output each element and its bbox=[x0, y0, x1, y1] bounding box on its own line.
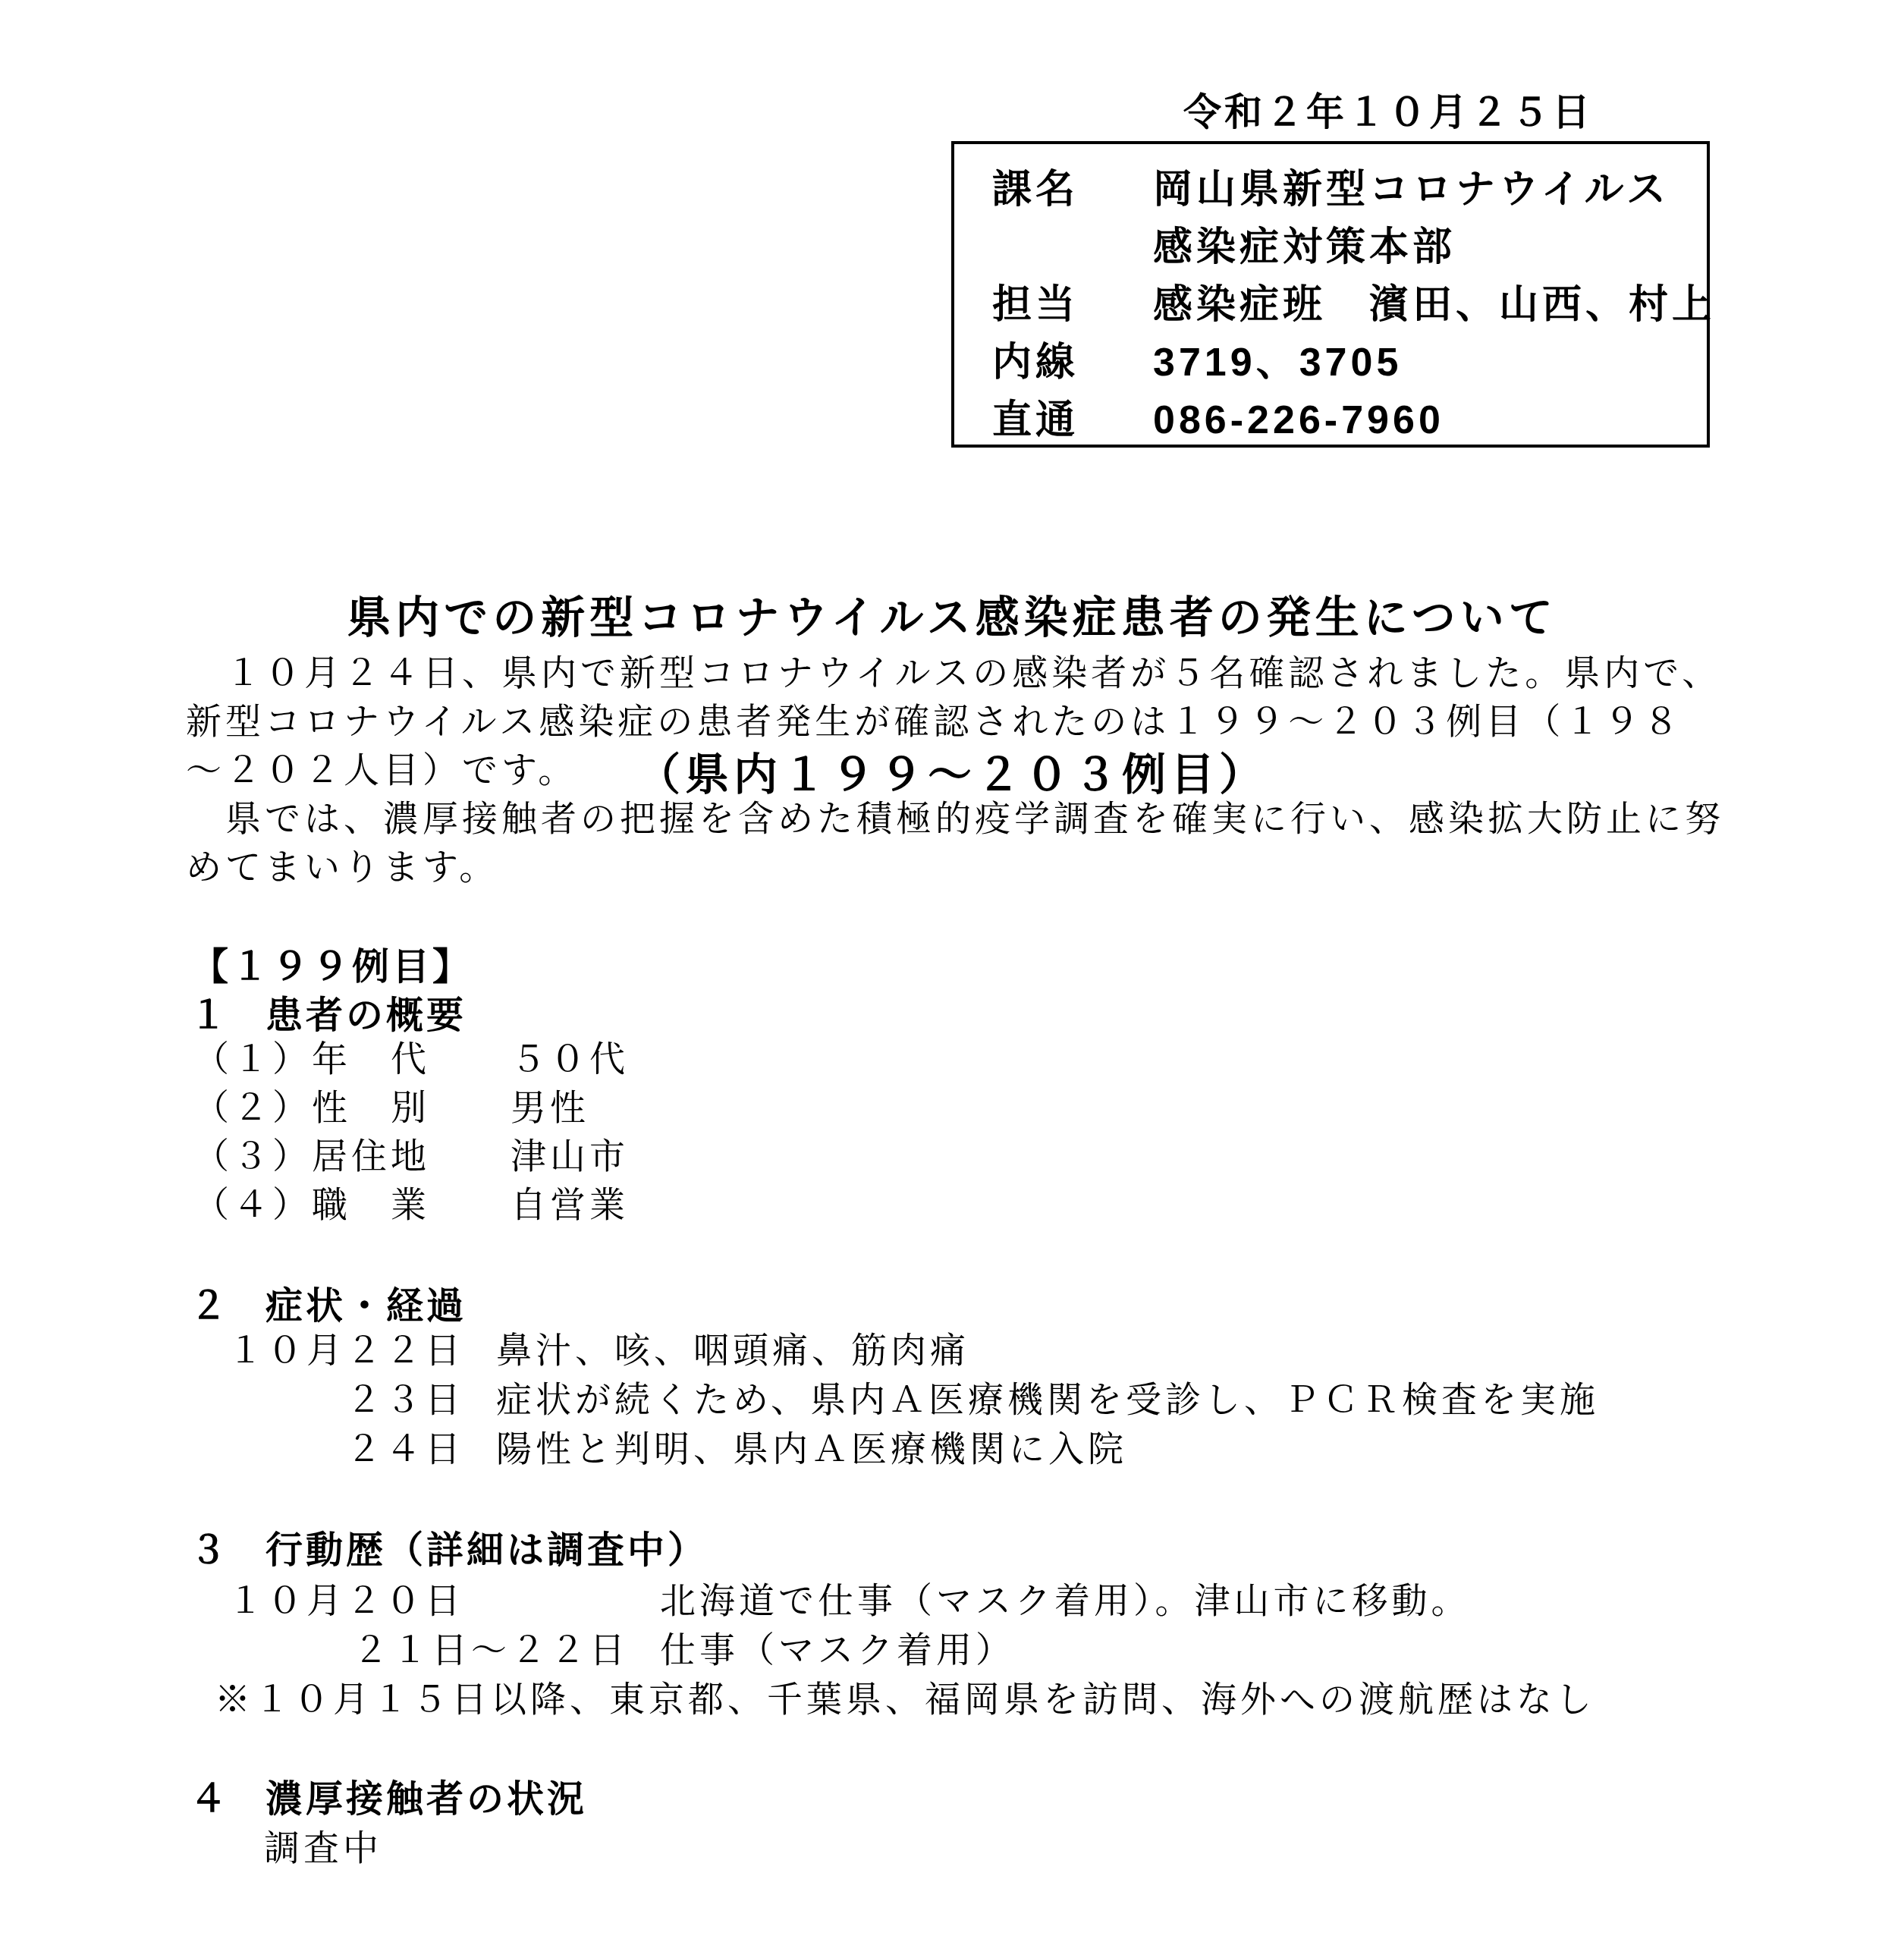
contact-row-division-cont: 感染症対策本部 bbox=[954, 218, 1707, 276]
activity-timeline: １０月２０日 北海道で仕事（マスク着用）。津山市に移動。 ２１日～２２日 仕事（… bbox=[228, 1577, 1471, 1676]
intro-line: １０月２４日、県内で新型コロナウイルスの感染者が５名確認されました。県内で、 bbox=[186, 649, 1724, 698]
contact-row-staff: 担当 感染症班 濱田、山西、村上 bbox=[954, 276, 1707, 334]
patient-item-occupation: （４） 職 業 自営業 bbox=[193, 1181, 629, 1230]
patient-item-age: （１） 年 代 ５０代 bbox=[193, 1035, 629, 1084]
release-date: 令和２年１０月２５日 bbox=[1062, 90, 1593, 135]
item-value: 自営業 bbox=[511, 1181, 629, 1230]
intro-line: めてまいります。 bbox=[186, 844, 1724, 892]
timeline-date: １０月２２日 bbox=[228, 1327, 464, 1376]
section-3-heading: ３ 行動歴（詳細は調査中） bbox=[190, 1526, 708, 1575]
section-number: ４ bbox=[190, 1775, 265, 1824]
contact-value: 086-226-7960 bbox=[1153, 391, 1707, 449]
close-contacts-status: 調査中 bbox=[264, 1824, 382, 1873]
item-value: 津山市 bbox=[511, 1133, 629, 1181]
timeline-text: 仕事（マスク着用） bbox=[660, 1626, 1015, 1676]
item-number: （４） bbox=[193, 1181, 312, 1230]
item-label: 年 代 bbox=[312, 1035, 511, 1084]
investigation-note: ※１０月１５日以降、東京都、千葉県、福岡県を訪問、海外への渡航歴はなし bbox=[215, 1676, 1595, 1724]
timeline-row: ２４日 陽性と判明、県内Ａ医療機関に入院 bbox=[228, 1425, 1599, 1475]
item-label: 居住地 bbox=[312, 1133, 511, 1181]
section-title: 患者の概要 bbox=[265, 991, 467, 1040]
item-label: 性 別 bbox=[312, 1084, 511, 1133]
section-number: ２ bbox=[190, 1282, 265, 1331]
section-title: 症状・経過 bbox=[265, 1282, 467, 1331]
symptom-timeline: １０月２２日 鼻汁、咳、咽頭痛、筋肉痛 ２３日 症状が続くため、県内Ａ医療機関を… bbox=[228, 1327, 1599, 1475]
intro-line: ～２０２人目）です。 bbox=[186, 746, 1724, 795]
section-4-heading: ４ 濃厚接触者の状況 bbox=[190, 1775, 587, 1824]
intro-line: 新型コロナウイルス感染症の患者発生が確認されたのは１９９～２０３例目（１９８ bbox=[186, 698, 1724, 746]
press-release-page: 令和２年１０月２５日 課名 岡山県新型コロナウイルス 感染症対策本部 担当 感染… bbox=[0, 0, 1904, 1942]
timeline-date: ２３日 bbox=[228, 1376, 464, 1425]
contact-row-division: 課名 岡山県新型コロナウイルス bbox=[954, 161, 1707, 218]
patient-item-sex: （２） 性 別 男性 bbox=[193, 1084, 629, 1133]
patient-overview-list: （１） 年 代 ５０代 （２） 性 別 男性 （３） 居住地 津山市 （４） 職… bbox=[193, 1035, 629, 1230]
contact-row-direct-phone: 直通 086-226-7960 bbox=[954, 391, 1707, 449]
timeline-date: １０月２０日 bbox=[228, 1577, 660, 1626]
intro-paragraphs: １０月２４日、県内で新型コロナウイルスの感染者が５名確認されました。県内で、 新… bbox=[186, 649, 1724, 892]
contact-row-extension: 内線 3719、3705 bbox=[954, 334, 1707, 391]
patient-item-residence: （３） 居住地 津山市 bbox=[193, 1133, 629, 1181]
contact-info-box: 課名 岡山県新型コロナウイルス 感染症対策本部 担当 感染症班 濱田、山西、村上… bbox=[951, 141, 1710, 448]
timeline-row: １０月２２日 鼻汁、咳、咽頭痛、筋肉痛 bbox=[228, 1327, 1599, 1376]
section-number: ３ bbox=[190, 1526, 265, 1575]
contact-value: 岡山県新型コロナウイルス bbox=[1153, 161, 1707, 218]
timeline-text: 北海道で仕事（マスク着用）。津山市に移動。 bbox=[660, 1577, 1471, 1626]
contact-value: 感染症班 濱田、山西、村上 bbox=[1153, 276, 1715, 334]
contact-label: 直通 bbox=[992, 391, 1153, 449]
item-number: （１） bbox=[193, 1035, 312, 1084]
item-value: 男性 bbox=[511, 1084, 589, 1133]
item-value: ５０代 bbox=[511, 1035, 629, 1084]
contact-label: 担当 bbox=[992, 276, 1153, 334]
contact-value: 3719、3705 bbox=[1153, 334, 1707, 391]
timeline-row: ２１日～２２日 仕事（マスク着用） bbox=[228, 1626, 1471, 1676]
timeline-row: ２３日 症状が続くため、県内Ａ医療機関を受診し、ＰＣＲ検査を実施 bbox=[228, 1376, 1599, 1425]
doc-title: 県内での新型コロナウイルス感染症患者の発生について bbox=[0, 592, 1904, 644]
section-title: 濃厚接触者の状況 bbox=[265, 1775, 587, 1824]
section-number: １ bbox=[190, 991, 265, 1040]
section-title: 行動歴（詳細は調査中） bbox=[265, 1526, 708, 1575]
timeline-text: 陽性と判明、県内Ａ医療機関に入院 bbox=[496, 1425, 1127, 1475]
item-label: 職 業 bbox=[312, 1181, 511, 1230]
item-number: （２） bbox=[193, 1084, 312, 1133]
case-199-header: 【１９９例目】 bbox=[191, 943, 473, 991]
timeline-date: ２１日～２２日 bbox=[228, 1626, 660, 1676]
intro-line: 県では、濃厚接触者の把握を含めた積極的疫学調査を確実に行い、感染拡大防止に努 bbox=[186, 795, 1724, 844]
timeline-date: ２４日 bbox=[228, 1425, 464, 1475]
contact-label: 内線 bbox=[992, 334, 1153, 391]
section-2-heading: ２ 症状・経過 bbox=[190, 1282, 467, 1331]
contact-value: 感染症対策本部 bbox=[1153, 218, 1707, 276]
timeline-text: 鼻汁、咳、咽頭痛、筋肉痛 bbox=[496, 1327, 969, 1376]
section-1-heading: １ 患者の概要 bbox=[190, 991, 467, 1040]
timeline-row: １０月２０日 北海道で仕事（マスク着用）。津山市に移動。 bbox=[228, 1577, 1471, 1626]
item-number: （３） bbox=[193, 1133, 312, 1181]
contact-label: 課名 bbox=[992, 161, 1153, 218]
timeline-text: 症状が続くため、県内Ａ医療機関を受診し、ＰＣＲ検査を実施 bbox=[496, 1376, 1599, 1425]
